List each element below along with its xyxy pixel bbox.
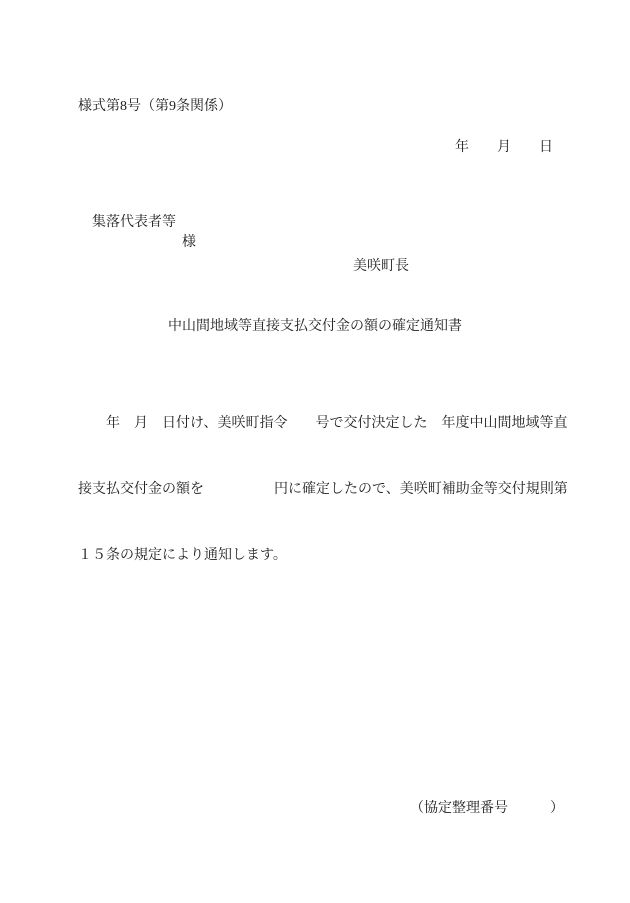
body-paragraph: 年 月 日付け、美咲町指令 号で交付決定した 年度中山間地域等直 接支払交付金の… xyxy=(78,369,578,611)
date-line: 年 月 日 xyxy=(455,136,553,156)
form-number: 様式第8号（第9条関係） xyxy=(78,95,232,115)
addressee-line: 集落代表者等 様 xyxy=(78,195,196,267)
body-line-1: 年 月 日付け、美咲町指令 号で交付決定した 年度中山間地域等直 xyxy=(78,413,578,435)
addressee-name: 集落代表者等 xyxy=(92,215,176,230)
document-page: 様式第8号（第9条関係） 年 月 日 集落代表者等 様 美咲町長 中山間地域等直… xyxy=(0,0,630,903)
sender-title: 美咲町長 xyxy=(353,255,409,275)
agreement-number: （協定整理番号 ） xyxy=(410,797,564,817)
body-line-2: 接支払交付金の額を 円に確定したので、美咲町補助金等交付規則第 xyxy=(78,479,578,501)
document-title: 中山間地域等直接支払交付金の額の確定通知書 xyxy=(0,315,630,335)
addressee-honorific: 様 xyxy=(182,231,196,251)
body-line-3: １５条の規定により通知します。 xyxy=(78,545,578,567)
